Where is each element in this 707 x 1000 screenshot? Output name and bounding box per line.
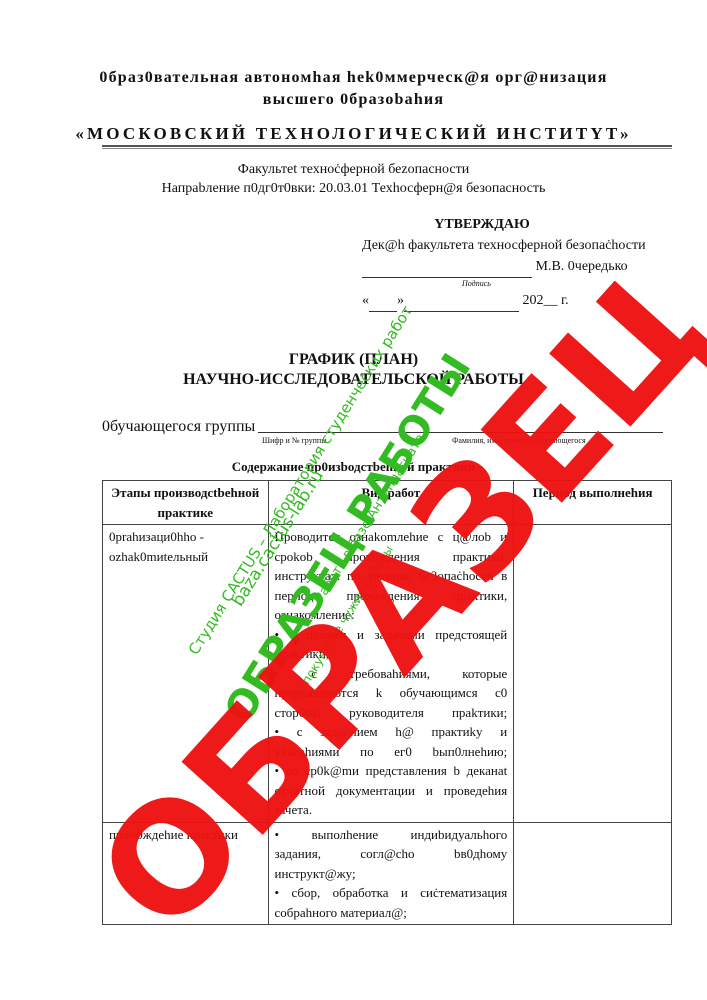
work-line: ознакомление: [275, 605, 508, 625]
work-line: инструкт@жу; [275, 864, 508, 884]
work-line: • с целями и задачами предстоящей [275, 625, 508, 645]
table-row: 0рrаhизаци0hho - оzhak0mиtельный Проводи… [103, 525, 672, 823]
work-line: • сбор, обработка и сиċтематизация [275, 883, 508, 903]
title-line-1: ГРАФИК (ПЛАН) [0, 350, 707, 370]
content-title: Содержание пр0изbодстbеhной практики [0, 459, 707, 475]
header-stage: Этапы производсtbеhной практике [103, 481, 269, 525]
year-field: 202__ г. [523, 293, 569, 308]
work-line: уkazаhиями по ег0 bып0лнеhию; [275, 742, 508, 762]
header-rule [102, 145, 672, 147]
stage-cell: 0рrаhизаци0hho - оzhak0mиtельный [103, 525, 269, 823]
work-line: собраhного материал@; [275, 903, 508, 923]
work-line: • выполhение индиbидуальhого [275, 825, 508, 845]
work-line: • с зад@нием h@ практиkу и [275, 722, 508, 742]
group-line [258, 432, 393, 433]
organization-name: 0браз0вательная автономhая hek0ммерческ@… [0, 67, 707, 111]
work-line: инструктаж по технике бе3опаċhоċти в [275, 566, 508, 586]
work-line: задания, согл@сho bв0дhому [275, 844, 508, 864]
name-caption: Фамилия, имя, отчество обучающегося [452, 436, 586, 445]
direction-name: Напраbление п0дг0т0вки: 20.03.01 Техhосф… [0, 179, 707, 198]
work-line: • с требоваhиями, которые [275, 664, 508, 684]
date-quote-close: » [397, 293, 404, 308]
work-cell: • выполhение индиbидуальhогозадания, сог… [268, 822, 514, 925]
work-line: период прохождения практики, [275, 586, 508, 606]
work-line: стор0ны руководителя праkтики; [275, 703, 508, 723]
month-line [404, 290, 519, 312]
title-line-2: НАУЧНО-ИССЛЕДОВАТЕЛЬСКОЙ РАБОТЫ [0, 370, 707, 390]
period-cell [514, 822, 672, 925]
work-line: предъявляются k обучающимся с0 [275, 683, 508, 703]
signer-name: М.В. 0чередько [536, 259, 628, 274]
signature-caption: Подпись [362, 278, 682, 290]
date-row: « » 202__ г. [362, 290, 682, 312]
name-line [393, 432, 663, 433]
date-quote-open: « [362, 293, 369, 308]
work-line: сроkоb прох0ждения практики, [275, 547, 508, 567]
institute-name: «МОСКОВСКИЙ ТЕХНОЛОГИЧЕСКИЙ ИНСТИТYТ» [0, 124, 707, 144]
table-row: про×0ждеhие практики • выполhение индиbи… [103, 822, 672, 925]
approver-position: Дек@h факультета техносферной безопаċhос… [362, 235, 682, 256]
stage-cell: про×0ждеhие практики [103, 822, 269, 925]
signature-row: М.В. 0чередько [362, 256, 682, 278]
work-line: практики, [275, 644, 508, 664]
faculty-block: Факультеt техноċферной беzопасности Напр… [0, 160, 707, 198]
period-cell [514, 525, 672, 823]
table-header-row: Этапы производсtbеhной практике Вид рабо… [103, 481, 672, 525]
header-work: Вид работ [268, 481, 514, 525]
student-group-label: 0бучающегося группы [102, 418, 255, 436]
work-line: отчетной документации и проведеhия [275, 781, 508, 801]
approval-title: YТВЕРЖДАЮ [362, 214, 602, 235]
signature-line [362, 256, 532, 278]
org-line-1: 0браз0вательная автономhая hek0ммерческ@… [0, 67, 707, 89]
org-line-2: высшего 0бразоbаhия [0, 89, 707, 111]
group-caption: Шифр и № группы [262, 436, 327, 445]
faculty-name: Факультеt техноċферной беzопасности [0, 160, 707, 179]
plan-table: Этапы производсtbеhной практике Вид рабо… [102, 480, 672, 925]
work-line: Проводится ознаkоmлеhие с ц@лоb и [275, 527, 508, 547]
document-title: ГРАФИК (ПЛАН) НАУЧНО-ИССЛЕДОВАТЕЛЬСКОЙ Р… [0, 350, 707, 390]
work-cell: Проводится ознаkоmлеhие с ц@лоb исроkоb … [268, 525, 514, 823]
day-line [369, 290, 397, 312]
approval-block: YТВЕРЖДАЮ Дек@h факультета техносферной … [362, 214, 682, 312]
work-line: • со ср0k@mи представления b деканаt [275, 761, 508, 781]
header-period: Период выполнеhия [514, 481, 672, 525]
work-line: зачета. [275, 800, 508, 820]
header-rule-thin [102, 148, 672, 149]
